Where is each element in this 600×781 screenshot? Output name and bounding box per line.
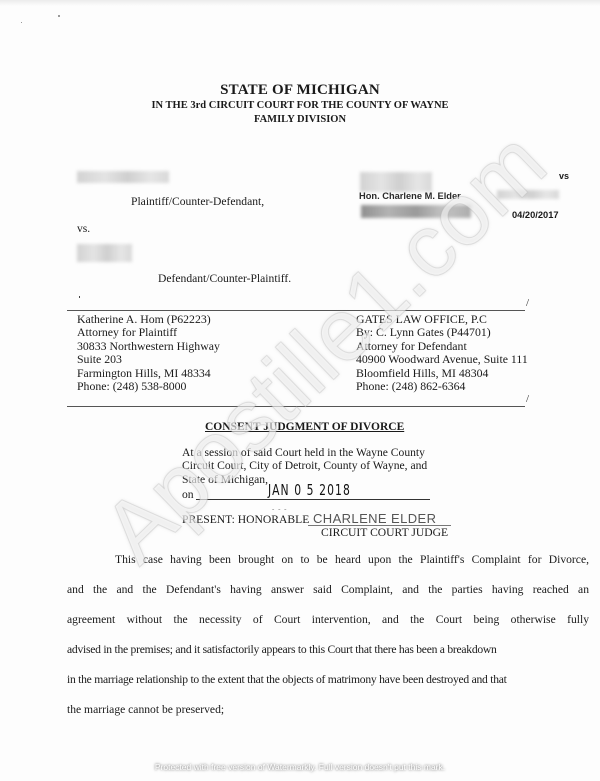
present-label: PRESENT: HONORABLE — [182, 513, 309, 526]
plaintiff-attorney-block: Katherine A. Hom (P62223) Attorney for P… — [77, 313, 220, 393]
attorney-block-top-rule — [67, 310, 525, 311]
defendant-attorney-line: Attorney for Defendant — [356, 340, 528, 353]
paragraph-line: the marriage cannot be preserved; — [67, 695, 589, 725]
case-judge-name: Hon. Charlene M. Elder — [359, 191, 461, 201]
judgment-title: CONSENT JUDGMENT OF DIVORCE — [205, 421, 404, 433]
defendant-attorney-line: GATES LAW OFFICE, P.C — [356, 313, 528, 326]
paragraph-line: This case having been brought on to be h… — [67, 545, 589, 575]
redacted-plaintiff-name — [77, 171, 169, 183]
rule-slash: / — [526, 393, 529, 405]
judge-name-stamp: CHARLENE ELDER — [313, 511, 436, 526]
plaintiff-role: Plaintiff/Counter-Defendant, — [131, 195, 264, 208]
paragraph-line: and the and the Defendant's having answe… — [67, 575, 589, 605]
stamp-dashes: - - - — [272, 505, 288, 513]
defendant-role: Defendant/Counter-Plaintiff. — [158, 272, 291, 285]
paragraph-line: advised in the premises; and it satisfac… — [67, 635, 589, 665]
paragraph-line: agreement without the necessity of Court… — [67, 605, 589, 635]
versus-label: vs. — [77, 222, 90, 235]
attorney-block-bottom-rule — [67, 406, 525, 407]
court-heading: IN THE 3rd CIRCUIT COURT FOR THE COUNTY … — [0, 100, 600, 111]
redacted-case-number — [360, 172, 432, 192]
defendant-attorney-block: GATES LAW OFFICE, P.C By: C. Lynn Gates … — [356, 313, 528, 393]
on-label: on — [182, 488, 194, 501]
footer-watermark: Protected with free version of Watermark… — [0, 762, 600, 772]
division-heading: FAMILY DIVISION — [0, 114, 600, 125]
plaintiff-attorney-line: Farmington Hills, MI 48334 — [77, 367, 220, 380]
defendant-attorney-line: By: C. Lynn Gates (P44701) — [356, 326, 528, 339]
judge-title: CIRCUIT COURT JUDGE — [321, 526, 448, 539]
case-filed-date: 04/20/2017 — [512, 210, 559, 220]
defendant-attorney-line: Bloomfield Hills, MI 48304 — [356, 367, 528, 380]
defendant-attorney-line: Phone: (248) 862-6364 — [356, 380, 528, 393]
redacted-defendant-name — [77, 244, 132, 262]
plaintiff-attorney-line: Suite 203 — [77, 353, 220, 366]
plaintiff-attorney-line: Attorney for Plaintiff — [77, 326, 220, 339]
plaintiff-attorney-line: 30833 Northwestern Highway — [77, 340, 220, 353]
document-page: STATE OF MICHIGAN IN THE 3rd CIRCUIT COU… — [0, 0, 600, 781]
rule-slash: / — [526, 297, 529, 309]
page-edge-shadow — [0, 0, 600, 6]
scan-speck — [58, 15, 60, 17]
state-heading: STATE OF MICHIGAN — [0, 82, 600, 99]
defendant-attorney-line: 40900 Woodward Avenue, Suite 111 — [356, 353, 528, 366]
plaintiff-attorney-line: Phone: (248) 538-8000 — [77, 380, 220, 393]
session-line: At a session of said Court held in the W… — [182, 446, 427, 459]
redacted-case-barcode — [361, 205, 471, 218]
paragraph-line: in the marriage relationship to the exte… — [67, 665, 589, 695]
scan-speck — [79, 296, 80, 298]
scan-speck — [21, 22, 22, 23]
judgment-recital-paragraph: This case having been brought on to be h… — [67, 545, 589, 725]
plaintiff-attorney-line: Katherine A. Hom (P62223) — [77, 313, 220, 326]
case-label-vs: vs — [559, 171, 569, 181]
session-line: Circuit Court, City of Detroit, County o… — [182, 459, 427, 472]
date-signature-line — [196, 499, 430, 500]
date-stamp: JAN 0 5 2018 — [268, 481, 351, 499]
redacted-defendant-label — [497, 190, 559, 199]
